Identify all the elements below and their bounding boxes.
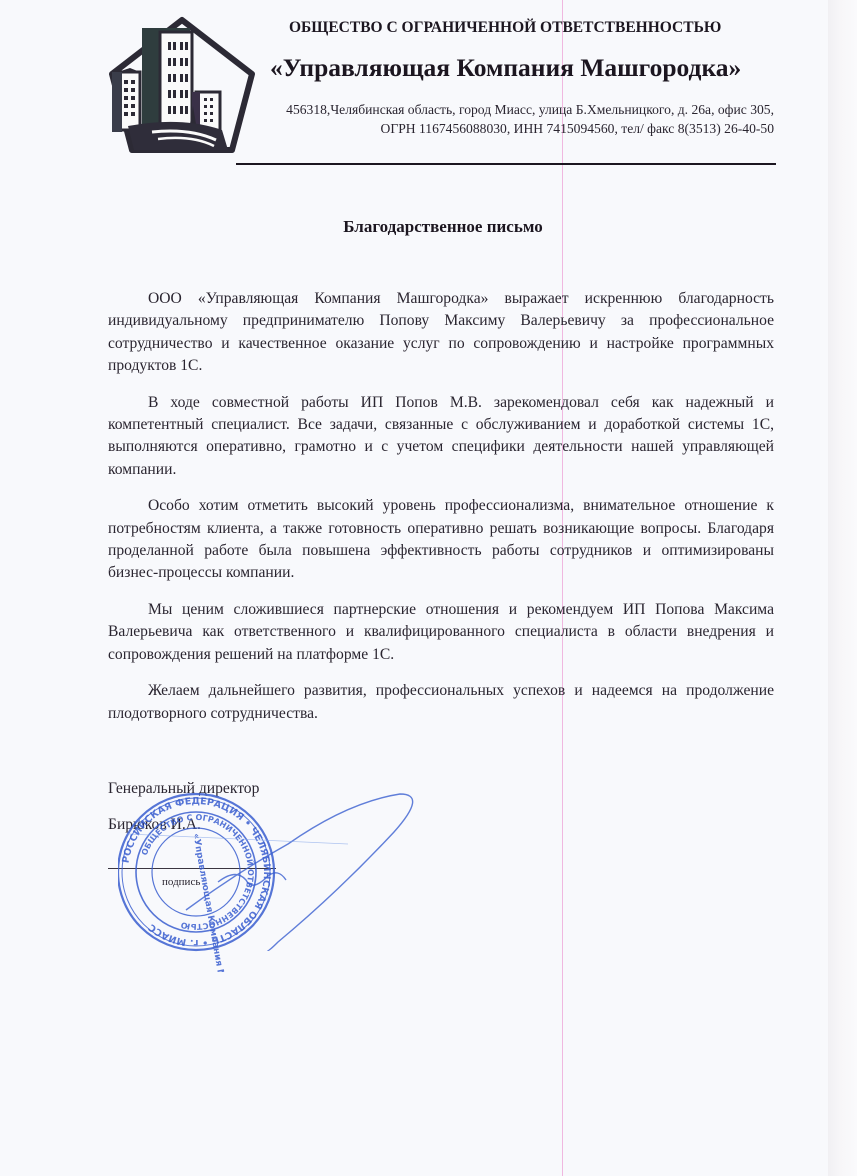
paragraph: Особо хотим отметить высокий уровень про… <box>108 495 774 584</box>
header-divider <box>236 163 776 165</box>
paragraph: Мы ценим сложившиеся партнерские отношен… <box>108 599 774 666</box>
org-legal-form: ОБЩЕСТВО С ОГРАНИЧЕННОЙ ОТВЕТСТВЕННОСТЬЮ <box>289 19 729 37</box>
org-name: «Управляющая Компания Машгородка» <box>270 53 760 83</box>
paragraph: В ходе совместной работы ИП Попов М.В. з… <box>108 392 774 481</box>
page-edge-shadow <box>828 0 857 1176</box>
document-title: Благодарственное письмо <box>0 217 857 237</box>
letter-page: ОБЩЕСТВО С ОГРАНИЧЕННОЙ ОТВЕТСТВЕННОСТЬЮ… <box>0 0 857 1176</box>
signature-caption: подпись <box>162 876 200 888</box>
address-line-1: 456318,Челябинская область, город Миасс,… <box>214 100 774 119</box>
paragraph: Желаем дальнейшего развития, профессиона… <box>108 680 774 725</box>
signature-line <box>108 868 276 869</box>
svg-text:«Управляющая Компания Машгород: «Управляющая Компания Машгородка» <box>190 833 237 972</box>
address-line-2: ОГРН 1167456088030, ИНН 7415094560, тел/… <box>214 119 774 138</box>
org-address: 456318,Челябинская область, город Миасс,… <box>214 100 774 138</box>
signer-role: Генеральный директор <box>108 780 259 798</box>
signer-name: Бирюков И.А. <box>108 816 201 834</box>
company-seal-icon: РОССИЙСКАЯ ФЕДЕРАЦИЯ • ЧЕЛЯБИНСКАЯ ОБЛАС… <box>118 772 428 972</box>
letter-body: ООО «Управляющая Компания Машгородка» вы… <box>108 288 774 740</box>
paragraph: ООО «Управляющая Компания Машгородка» вы… <box>108 288 774 377</box>
